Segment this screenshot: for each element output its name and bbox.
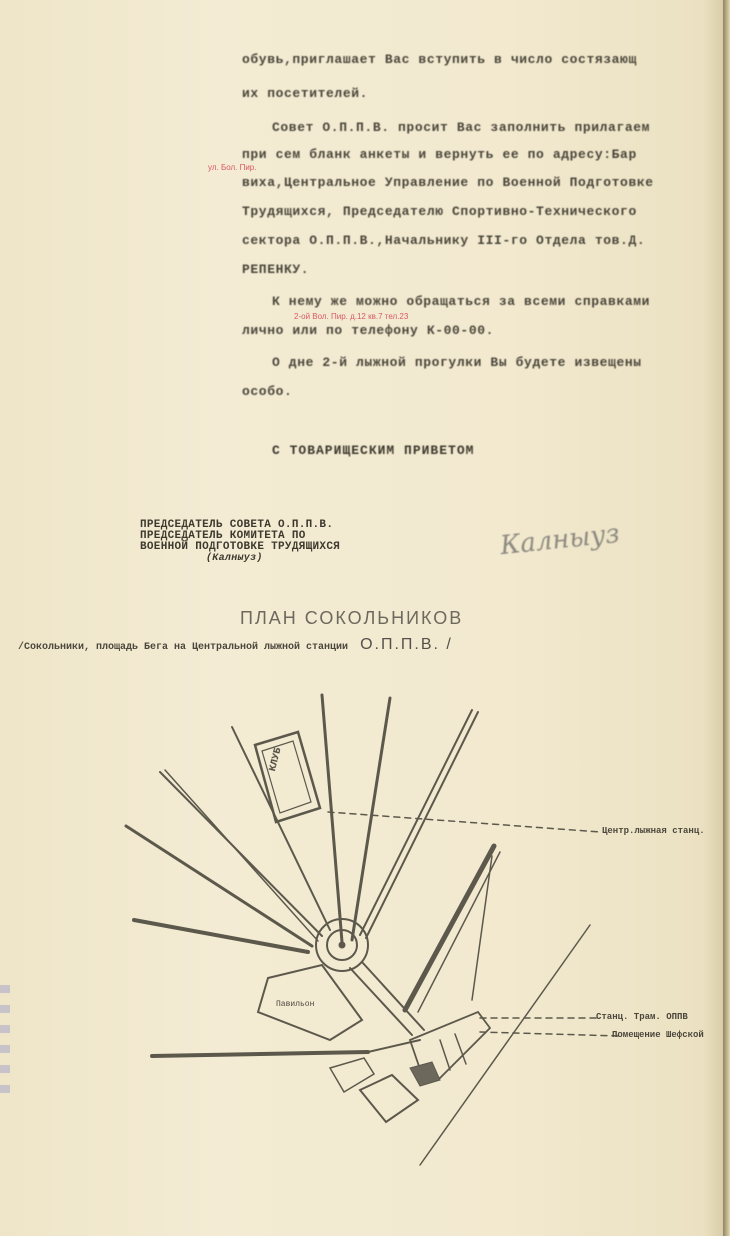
red-annotation: 2-ой Вол. Пир. д.12 кв.7 тел.23 — [294, 312, 408, 321]
signatory-title: ВОЕННОЙ ПОДГОТОВКЕ ТРУДЯЩИХСЯ — [140, 542, 340, 553]
document-page: обувь,приглашает Вас вступить в число со… — [0, 0, 724, 1236]
closing-salutation: С ТОВАРИЩЕСКИМ ПРИВЕТОМ — [272, 443, 474, 458]
plan-title: ПЛАН СОКОЛЬНИКОВ — [240, 608, 463, 629]
plan-subtitle-text: /Сокольники, площадь Бега на Центральной… — [18, 642, 348, 653]
signatory-name: (Калныуз) — [206, 553, 340, 564]
text-line: при сем бланк анкеты и вернуть ее по адр… — [242, 147, 637, 162]
plan-subtitle: /Сокольники, площадь Бега на Центральной… — [18, 636, 453, 654]
map-label-pavilion: Павильон — [276, 1000, 314, 1009]
signature-block: ПРЕДСЕДАТЕЛЬ СОВЕТА О.П.П.В. ПРЕДСЕДАТЕЛ… — [140, 520, 340, 564]
plan-subtitle-tag: О.П.П.В. / — [360, 636, 453, 653]
text-line: РЕПЕНКУ. — [242, 262, 309, 277]
text-line: Совет О.П.П.В. просит Вас заполнить прил… — [272, 120, 650, 135]
red-annotation: ул. Бол. Пир. — [208, 163, 256, 172]
text-line: К нему же можно обращаться за всеми спра… — [272, 294, 650, 309]
text-line: виха,Центральное Управление по Военной П… — [242, 175, 654, 190]
text-line: их посетителей. — [242, 86, 368, 101]
text-line: О дне 2-й лыжной прогулки Вы будете изве… — [272, 355, 642, 370]
binding-spine — [723, 0, 730, 1236]
sokolniki-map — [0, 680, 730, 1200]
text-line: лично или по телефону К-00-00. — [242, 323, 494, 338]
map-label-ski-station: Центр.лыжная станц. — [602, 826, 705, 836]
edge-marks — [0, 985, 14, 1135]
text-line: сектора О.П.П.В.,Начальнику III-го Отдел… — [242, 233, 645, 248]
text-line: Трудящихся, Председателю Спортивно-Техни… — [242, 204, 637, 219]
handwritten-signature: Калныуз — [499, 519, 621, 561]
text-line: обувь,приглашает Вас вступить в число со… — [242, 52, 637, 67]
map-label-tram-station: Станц. Трам. ОППВ — [596, 1012, 688, 1022]
map-label-premises: Помещение Шефской — [612, 1030, 704, 1040]
text-line: особо. — [242, 384, 292, 399]
